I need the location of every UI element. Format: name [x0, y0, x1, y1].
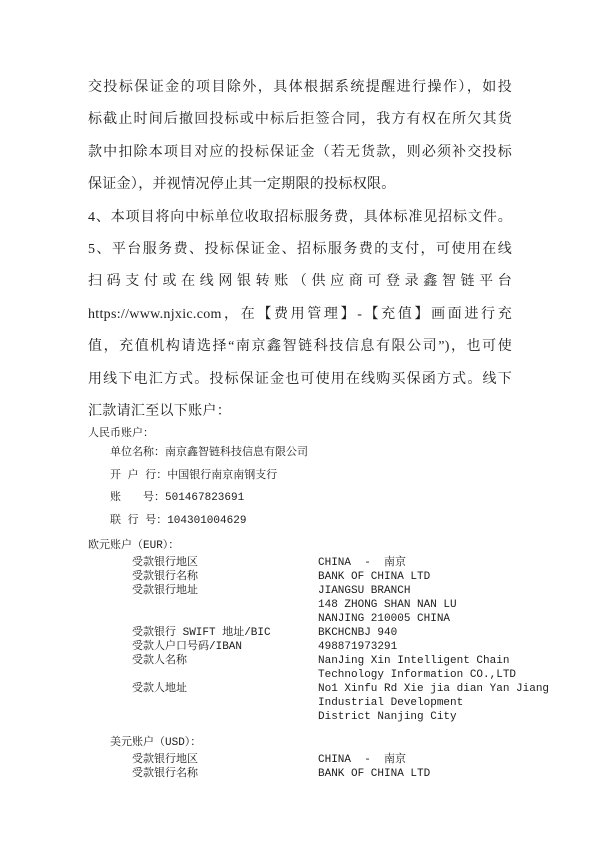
account-field-values: CHINA - 南京: [318, 753, 406, 767]
account-field-label: 联 行 号：: [110, 515, 167, 527]
account-field-values: NanJing Xin Intelligent ChainTechnology …: [318, 654, 516, 682]
rmb-account-row: 单位名称：南京鑫智链科技信息有限公司: [88, 442, 512, 465]
account-field-value: 501467823691: [165, 492, 244, 504]
account-row: 受款人地址No1 Xinfu Rd Xie jia dian Yan Jiang…: [88, 682, 512, 724]
account-field-value: 南京鑫智链科技信息有限公司: [165, 447, 308, 459]
body-line: 汇款请汇至以下账户：: [88, 396, 512, 428]
body-line: 交投标保证金的项目除外，具体根据系统提醒进行操作），如投: [88, 72, 512, 104]
rmb-account-row: 联 行 号：104301004629: [88, 510, 512, 533]
account-field-value: Industrial Development: [318, 696, 549, 710]
account-row: 受款银行地区CHINA - 南京: [88, 753, 512, 767]
rmb-account-row: 开 户 行：中国银行南京南钢支行: [88, 465, 512, 488]
account-field-value: JIANGSU BRANCH: [318, 584, 457, 598]
rmb-account-heading: 人民币账户：: [88, 426, 512, 442]
eur-account-rows: 受款银行地区CHINA - 南京受款银行名称BANK OF CHINA LTD受…: [88, 556, 512, 724]
account-row: 受款银行名称BANK OF CHINA LTD: [88, 570, 512, 584]
usd-account-section: 美元账户（USD）： 受款银行地区CHINA - 南京受款银行名称BANK OF…: [88, 735, 512, 781]
rmb-account-section: 人民币账户： 单位名称：南京鑫智链科技信息有限公司开 户 行：中国银行南京南钢支…: [88, 426, 512, 532]
account-field-label: 受款银行名称: [132, 767, 318, 781]
rmb-account-row: 账 号：501467823691: [88, 487, 512, 510]
rmb-account-rows: 单位名称：南京鑫智链科技信息有限公司开 户 行：中国银行南京南钢支行账 号：50…: [88, 442, 512, 532]
body-line: 5、平台服务费、投标保证金、招标服务费的支付，可使用在线: [88, 234, 512, 266]
account-field-value: 148 ZHONG SHAN NAN LU: [318, 598, 457, 612]
account-field-label: 开 户 行：: [110, 470, 167, 482]
account-field-values: BANK OF CHINA LTD: [318, 570, 430, 584]
account-field-values: BKCHCNBJ 940: [318, 626, 397, 640]
account-row: 受款银行名称BANK OF CHINA LTD: [88, 767, 512, 781]
document-page: 交投标保证金的项目除外，具体根据系统提醒进行操作），如投标截止时间后撤回投标或中…: [0, 0, 595, 841]
account-field-value: NanJing Xin Intelligent Chain: [318, 654, 516, 668]
account-field-label: 受款人名称: [132, 654, 318, 668]
usd-account-rows: 受款银行地区CHINA - 南京受款银行名称BANK OF CHINA LTD: [88, 753, 512, 781]
body-line: 标截止时间后撤回投标或中标后拒签合同，我方有权在所欠其货: [88, 104, 512, 136]
account-field-values: BANK OF CHINA LTD: [318, 767, 430, 781]
account-row: 受款人户口号码/IBAN498871973291: [88, 640, 512, 654]
account-field-label: 受款银行地区: [132, 556, 318, 570]
account-row: 受款银行地区CHINA - 南京: [88, 556, 512, 570]
account-field-value: BKCHCNBJ 940: [318, 626, 397, 640]
account-field-value: CHINA - 南京: [318, 753, 406, 767]
account-field-value: 104301004629: [167, 515, 246, 527]
account-field-label: 受款银行名称: [132, 570, 318, 584]
account-row: 受款银行 SWIFT 地址/BICBKCHCNBJ 940: [88, 626, 512, 640]
body-line: 用线下电汇方式。投标保证金也可使用在线购买保函方式。线下: [88, 364, 512, 396]
account-field-label: 账 号：: [110, 492, 165, 504]
account-field-values: 498871973291: [318, 640, 397, 654]
body-line: https://www.njxic.com，在【费用管理】-【充值】画面进行充: [88, 299, 512, 331]
account-field-values: CHINA - 南京: [318, 556, 406, 570]
account-field-value: NANJING 210005 CHINA: [318, 612, 457, 626]
body-line: 扫码支付或在线网银转账（供应商可登录鑫智链平台: [88, 266, 512, 298]
account-row: 受款银行地址JIANGSU BRANCH148 ZHONG SHAN NAN L…: [88, 584, 512, 626]
account-field-value: CHINA - 南京: [318, 556, 406, 570]
account-field-value: 中国银行南京南钢支行: [167, 470, 277, 482]
account-field-values: No1 Xinfu Rd Xie jia dian Yan JiangIndus…: [318, 682, 549, 724]
body-paragraphs: 交投标保证金的项目除外，具体根据系统提醒进行操作），如投标截止时间后撤回投标或中…: [88, 72, 512, 428]
account-field-values: JIANGSU BRANCH148 ZHONG SHAN NAN LUNANJI…: [318, 584, 457, 626]
body-line: 4、本项目将向中标单位收取招标服务费，具体标准见招标文件。: [88, 202, 512, 234]
document-content: 交投标保证金的项目除外，具体根据系统提醒进行操作），如投标截止时间后撤回投标或中…: [88, 72, 512, 781]
account-field-label: 受款人地址: [132, 682, 318, 696]
account-field-value: 498871973291: [318, 640, 397, 654]
account-field-label: 单位名称：: [110, 447, 165, 459]
account-field-label: 受款银行 SWIFT 地址/BIC: [132, 626, 318, 640]
account-field-label: 受款银行地址: [132, 584, 318, 598]
eur-account-heading: 欧元账户（EUR）：: [88, 538, 512, 554]
account-field-value: No1 Xinfu Rd Xie jia dian Yan Jiang: [318, 682, 549, 696]
account-sections: 人民币账户： 单位名称：南京鑫智链科技信息有限公司开 户 行：中国银行南京南钢支…: [88, 426, 512, 781]
account-field-value: Technology Information CO.,LTD: [318, 668, 516, 682]
account-field-label: 受款人户口号码/IBAN: [132, 640, 318, 654]
body-line: 款中扣除本项目对应的投标保证金（若无货款，则必须补交投标: [88, 137, 512, 169]
account-row: 受款人名称NanJing Xin Intelligent ChainTechno…: [88, 654, 512, 682]
account-field-value: BANK OF CHINA LTD: [318, 570, 430, 584]
account-field-label: 受款银行地区: [132, 753, 318, 767]
body-line: 保证金），并视情况停止其一定期限的投标权限。: [88, 169, 512, 201]
eur-account-section: 欧元账户（EUR）： 受款银行地区CHINA - 南京受款银行名称BANK OF…: [88, 538, 512, 724]
account-field-value: District Nanjing City: [318, 710, 549, 724]
body-line: 值，充值机构请选择“南京鑫智链科技信息有限公司”)，也可使: [88, 331, 512, 363]
account-field-value: BANK OF CHINA LTD: [318, 767, 430, 781]
usd-account-heading: 美元账户（USD）：: [88, 735, 512, 751]
